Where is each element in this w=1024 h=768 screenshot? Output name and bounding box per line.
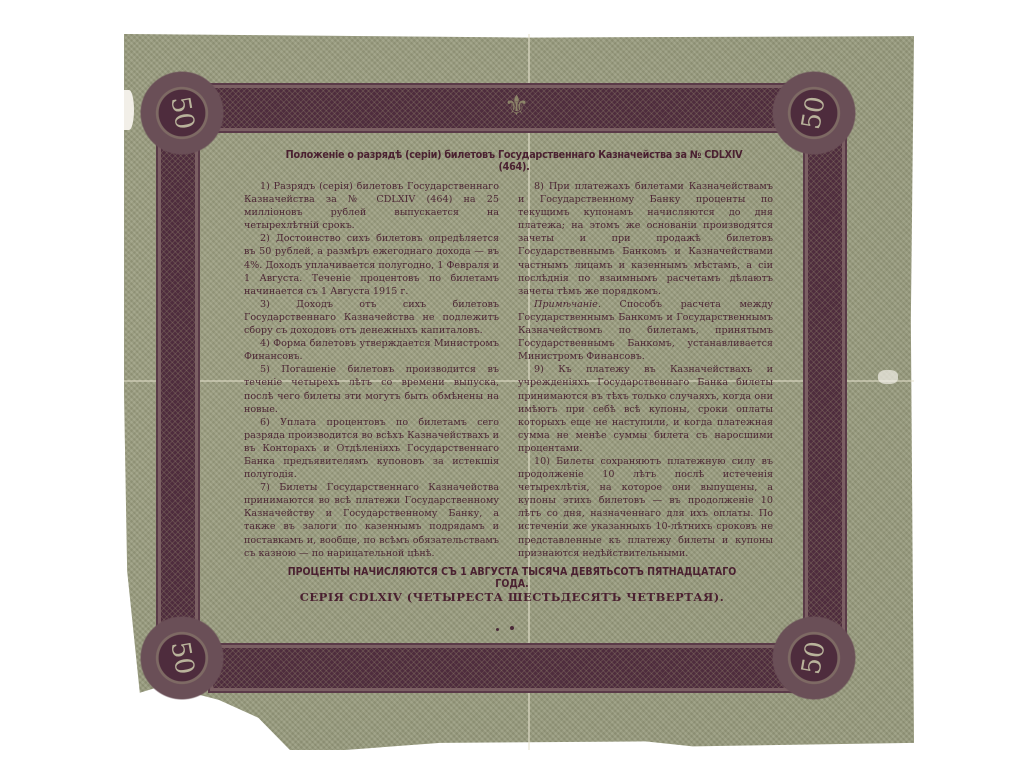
clause-note: Примѣчанiе. Способъ расчета между Госуда… (518, 298, 773, 363)
denomination-numeral: 50 (126, 602, 237, 713)
clause-5: 5) Погашенiе билетовъ производится въ те… (244, 363, 499, 415)
denomination-numeral: 50 (758, 602, 869, 713)
fleur-de-lis-ornament-icon: ⚜ (504, 85, 524, 127)
series-statement: СЕРIЯ CDLXIV (ЧЕТЫРЕСТА ШЕСТЬДЕСЯТЪ ЧЕТВ… (262, 590, 762, 604)
ink-dot (496, 628, 499, 631)
frame-right-band (803, 135, 847, 639)
clause-9: 9) Къ платежу въ Казначействахъ и учрежд… (518, 363, 773, 455)
clause-1: 1) Разрядъ (серiя) билетовъ Государствен… (244, 180, 499, 232)
clause-6: 6) Уплата процентовъ по билетамъ сего ра… (244, 416, 499, 481)
regulations-right-column: 8) При платежахъ билетами Казначействамъ… (518, 180, 773, 560)
document-title: Положенiе о разрядѣ (серiи) билетовъ Гос… (275, 149, 753, 173)
clause-4: 4) Форма билетовъ утверждается Министром… (244, 337, 499, 363)
corner-medallion-top-left: 50 (134, 65, 230, 161)
corner-medallion-bottom-left: 50 (134, 610, 230, 706)
clause-8: 8) При платежахъ билетами Казначействамъ… (518, 180, 773, 298)
clause-2: 2) Достоинство сихъ билетовъ опредѣляетс… (244, 232, 499, 297)
denomination-numeral: 50 (758, 57, 869, 168)
paper-damage-right (878, 370, 898, 384)
clause-10: 10) Билеты сохраняютъ платежную силу въ … (518, 455, 773, 560)
frame-left-band (156, 135, 200, 639)
note-label: Примѣчанiе. (534, 299, 601, 310)
ink-dot (510, 626, 514, 630)
regulations-left-column: 1) Разрядъ (серiя) билетовъ Государствен… (244, 180, 499, 560)
denomination-numeral: 50 (126, 57, 237, 168)
corner-medallion-top-right: 50 (766, 65, 862, 161)
frame-bottom-band (208, 643, 812, 693)
corner-medallion-bottom-right: 50 (766, 610, 862, 706)
interest-accrual-statement: ПРОЦЕНТЫ НАЧИСЛЯЮТСЯ СЪ 1 АВГУСТА ТЫСЯЧА… (287, 566, 737, 590)
clause-7: 7) Билеты Государственнаго Казначейства … (244, 481, 499, 560)
clause-3: 3) Доходъ отъ сихъ билетовъ Государствен… (244, 298, 499, 337)
